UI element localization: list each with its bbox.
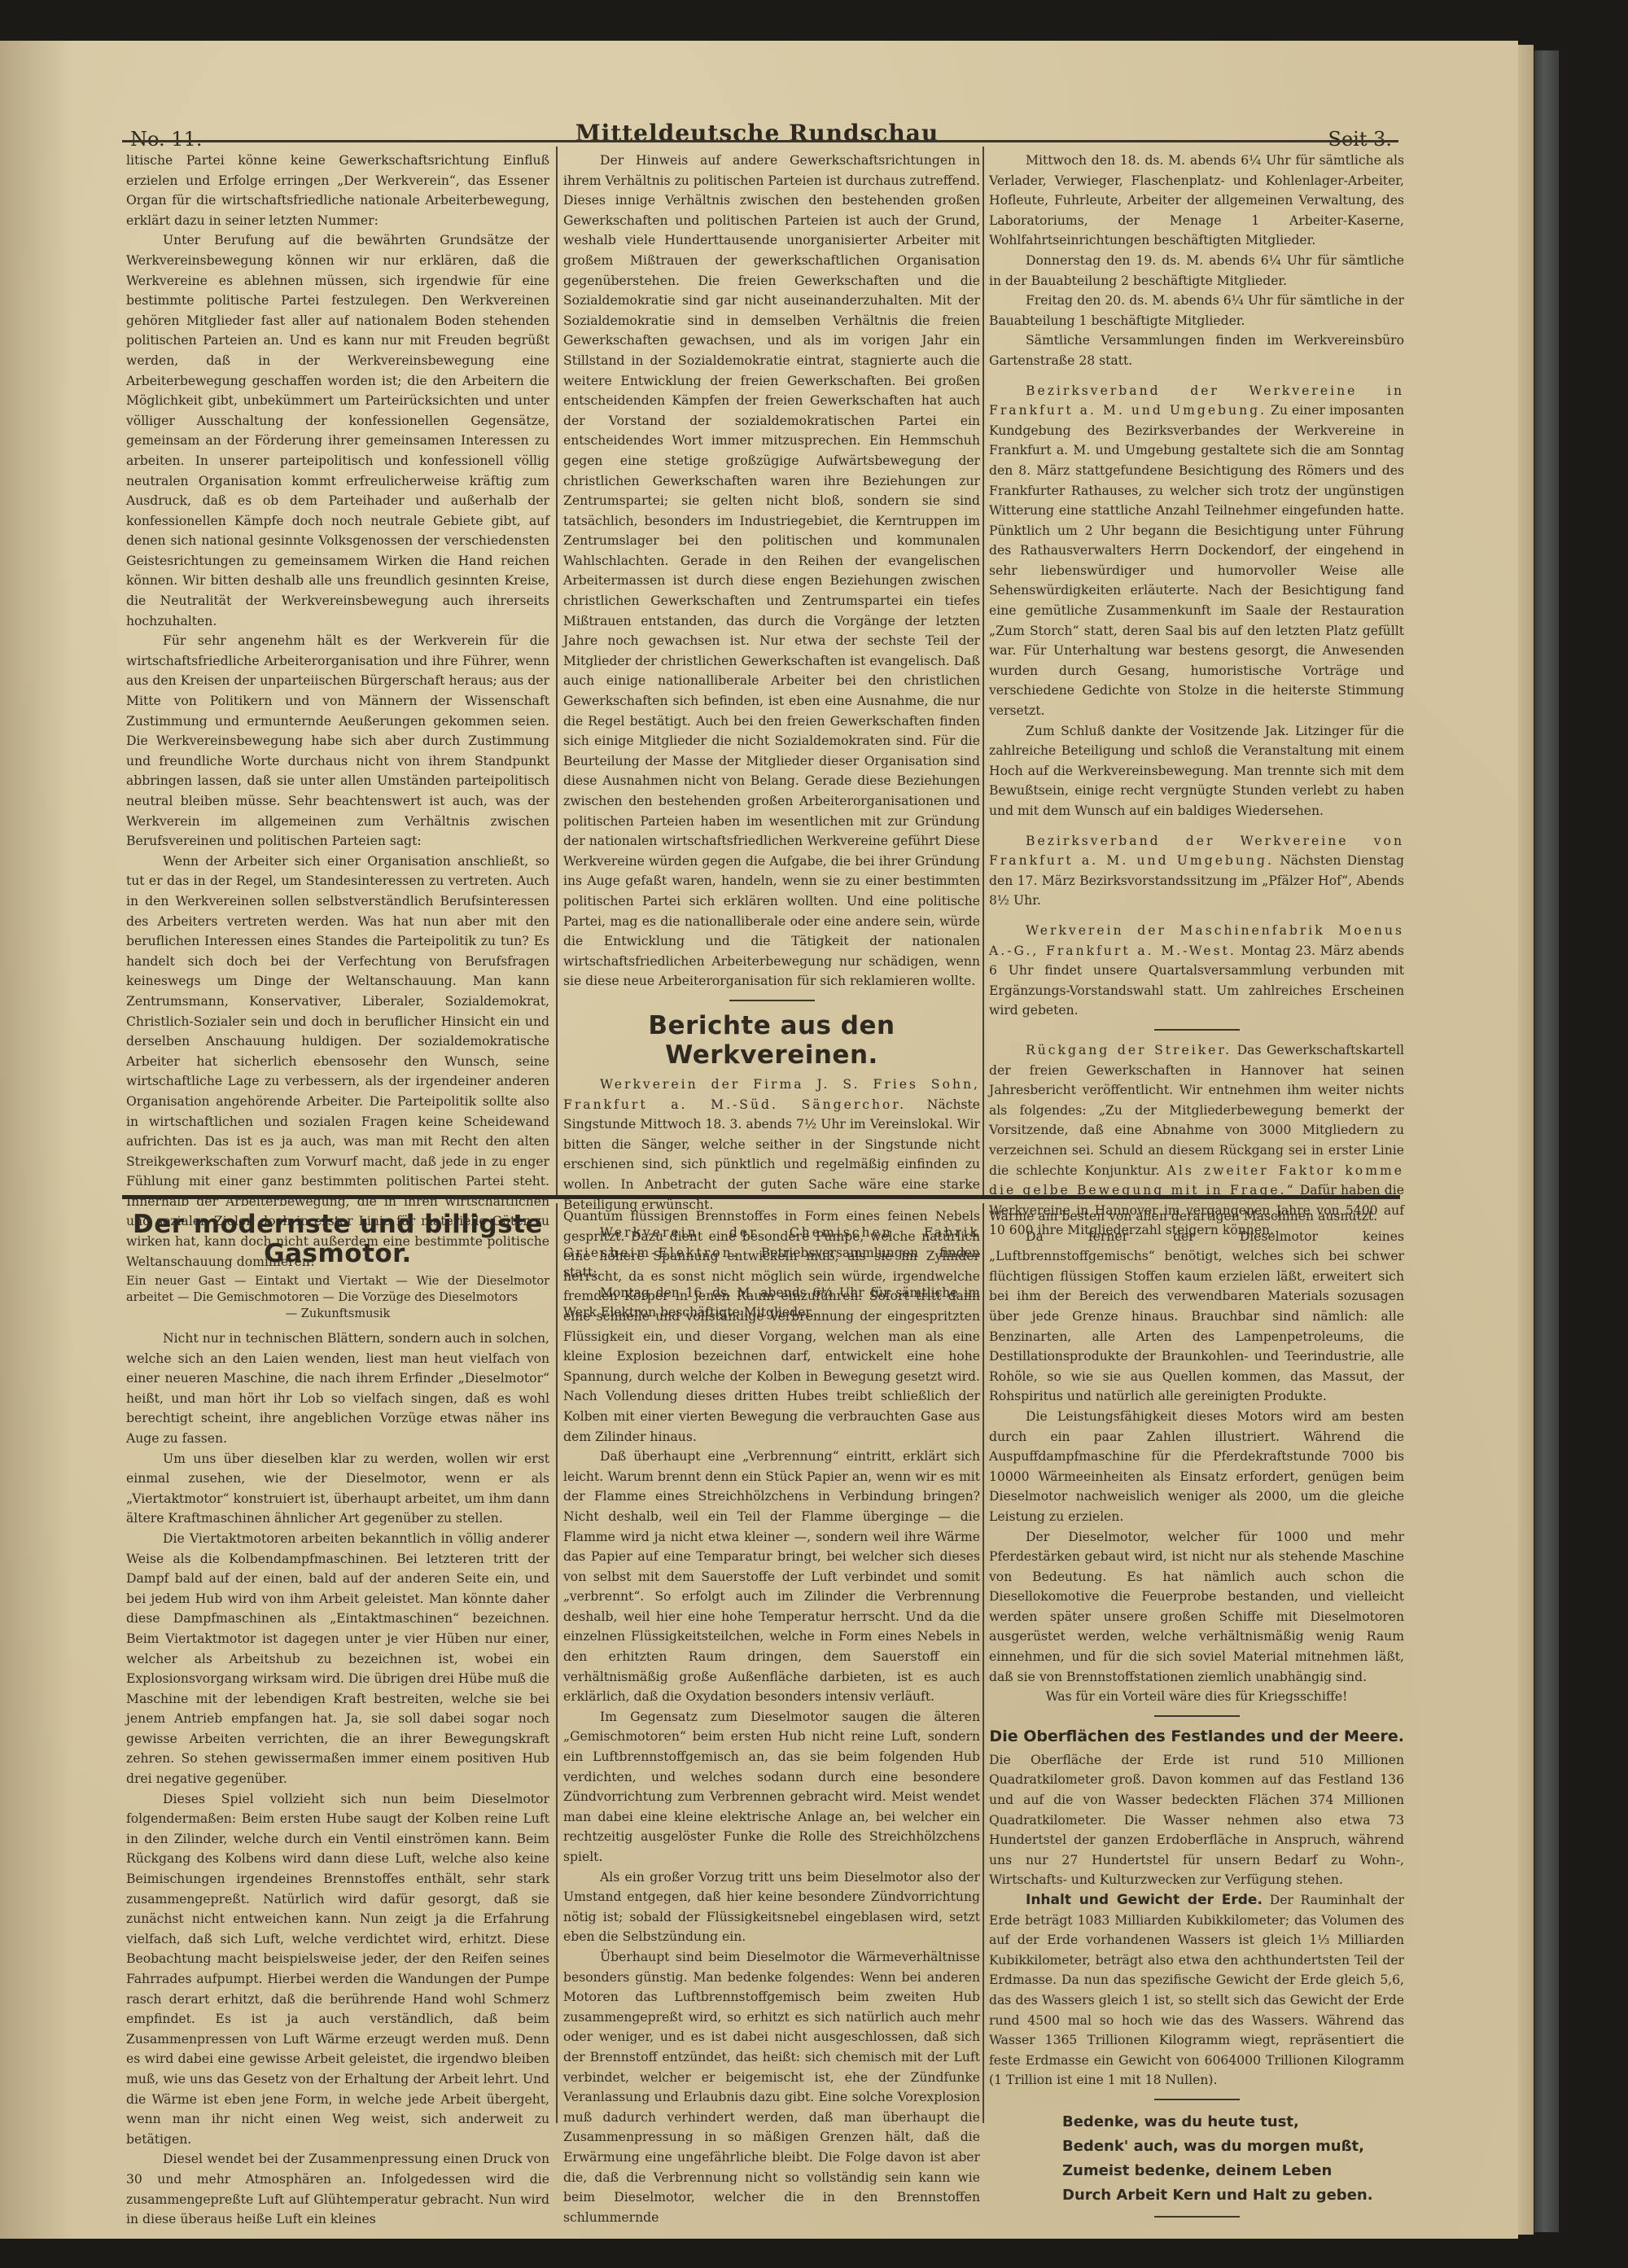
paragraph: Als ein großer Vorzug tritt uns beim Die… xyxy=(563,1867,980,1947)
paragraph: Sämtliche Versammlungen finden im Werkve… xyxy=(989,331,1404,370)
paragraph: Donnerstag den 19. ds. M. abends 6¼ Uhr … xyxy=(989,251,1404,291)
paragraph: Die Viertaktmotoren arbeiten bekanntlich… xyxy=(126,1529,549,1789)
paragraph: Die Oberfläche der Erde ist rund 510 Mil… xyxy=(989,1750,1404,1890)
report: Werkverein der Maschinenfabrik Moenus A.… xyxy=(989,921,1404,1021)
paragraph: Diesel wendet bei der Zusammenpressung e… xyxy=(126,2149,549,2229)
report: Werkverein der Firma J. S. Fries Sohn, F… xyxy=(563,1075,980,1215)
article-headline: Der modernste und billigste Gasmotor. xyxy=(126,1210,549,1268)
paragraph: Unter Berufung auf die bewährten Grundsä… xyxy=(126,230,549,631)
column-divider xyxy=(556,147,558,1197)
report-text: Zu einer imposanten Kundgebung des Bezir… xyxy=(989,403,1404,718)
paragraph: Inhalt und Gewicht der Erde. Der Rauminh… xyxy=(989,1890,1404,2091)
separator xyxy=(729,1000,815,1001)
page-number: Seit 3. xyxy=(1328,128,1393,151)
deck-text: Ein neuer Gast — Eintakt und Viertakt — … xyxy=(126,1275,549,1304)
section-rule xyxy=(122,1195,1400,1199)
separator xyxy=(1154,2099,1240,2100)
report: Bezirksverband der Werkvereine in Frankf… xyxy=(989,381,1404,721)
column-1-top: litische Partei könne keine Gewerkschaft… xyxy=(126,151,549,1272)
article-column-1: Der modernste und billigste Gasmotor. Ei… xyxy=(126,1206,549,2230)
separator xyxy=(1154,2216,1240,2218)
column-divider xyxy=(556,1203,558,2123)
paragraph: Dieses Spiel vollzieht sich nun beim Die… xyxy=(126,1789,549,2150)
paragraph: Die Leistungsfähigkeit dieses Motors wir… xyxy=(989,1407,1404,1527)
poem-line: Zumeist bedenke, deinem Leben xyxy=(1062,2159,1404,2183)
article-deck: Ein neuer Gast — Eintakt und Viertakt — … xyxy=(126,1273,549,1322)
paragraph: litische Partei könne keine Gewerkschaft… xyxy=(126,151,549,230)
paragraph: Für sehr angenehm hält es der Werkverein… xyxy=(126,631,549,852)
paragraph: Im Gegensatz zum Dieselmotor saugen die … xyxy=(563,1707,980,1867)
paragraph: Da ferner der Dieselmotor keines „Luftbr… xyxy=(989,1227,1404,1407)
paragraph: Überhaupt sind beim Dieselmotor die Wärm… xyxy=(563,1947,980,2227)
poem-line: Bedenk' auch, was du morgen mußt, xyxy=(1062,2134,1404,2159)
page-edges xyxy=(1516,45,1534,2235)
column-3-top: Mittwoch den 18. ds. M. abends 6¼ Uhr fü… xyxy=(989,151,1404,1241)
facts-text: Der Rauminhalt der Erde beträgt 1083 Mil… xyxy=(989,1893,1404,2087)
paragraph: Um uns über dieselben klar zu werden, wo… xyxy=(126,1449,549,1529)
separator xyxy=(1154,1029,1240,1031)
article-column-3: Wärme am besten von allen derartigen Mas… xyxy=(989,1206,1404,2227)
book-binding xyxy=(1534,50,1559,2232)
paragraph: Quantum flüssigen Brennstoffes in Form e… xyxy=(563,1206,980,1447)
article-column-2: Quantum flüssigen Brennstoffes in Form e… xyxy=(563,1206,980,2227)
poem-line: Bedenke, was du heute tust, xyxy=(1062,2110,1404,2134)
paragraph: Zum Schluß dankte der Vositzende Jak. Li… xyxy=(989,721,1404,821)
paragraph: Der Dieselmotor, welcher für 1000 und me… xyxy=(989,1527,1404,1688)
column-divider xyxy=(982,1203,984,2123)
paragraph: Freitag den 20. ds. M. abends 6¼ Uhr für… xyxy=(989,291,1404,331)
separator xyxy=(1154,1715,1240,1717)
section-heading: Berichte aus den Werkvereinen. xyxy=(563,1011,980,1070)
paragraph: Daß überhaupt eine „Verbrennung“ eintrit… xyxy=(563,1447,980,1707)
paragraph: Wärme am besten von allen derartigen Mas… xyxy=(989,1206,1404,1227)
masthead-rule xyxy=(122,140,1398,142)
poem: Bedenke, was du heute tust, Bedenk' auch… xyxy=(1062,2110,1404,2208)
report-lead: Rückgang der Streiker. xyxy=(1026,1043,1232,1057)
facts-heading: Die Oberflächen des Festlandes und der M… xyxy=(989,1727,1404,1747)
report-text: Das Gewerkschaftskartell der freien Gewe… xyxy=(989,1043,1404,1178)
paragraph: Mittwoch den 18. ds. M. abends 6¼ Uhr fü… xyxy=(989,151,1404,251)
facts-heading: Inhalt und Gewicht der Erde. xyxy=(1026,1892,1263,1908)
article-closing: Was für ein Vorteil wäre dies für Kriegs… xyxy=(989,1687,1404,1707)
paragraph: Nicht nur in technischen Blättern, sonde… xyxy=(126,1329,549,1449)
paragraph: Der Hinweis auf andere Gewerkschaftsrich… xyxy=(563,151,980,992)
column-2-top: Der Hinweis auf andere Gewerkschaftsrich… xyxy=(563,151,980,1323)
poem-line: Durch Arbeit Kern und Halt zu geben. xyxy=(1062,2183,1404,2208)
page-shadow xyxy=(0,41,73,2239)
column-divider xyxy=(982,147,984,1197)
newspaper-title: Mitteldeutsche Rundschau xyxy=(122,120,1392,147)
deck-text: — Zukunftsmusik xyxy=(126,1306,549,1322)
report: Bezirksverband der Werkvereine von Frank… xyxy=(989,831,1404,911)
report-lead: Werkverein der Firma J. S. Fries Sohn, F… xyxy=(563,1077,980,1112)
